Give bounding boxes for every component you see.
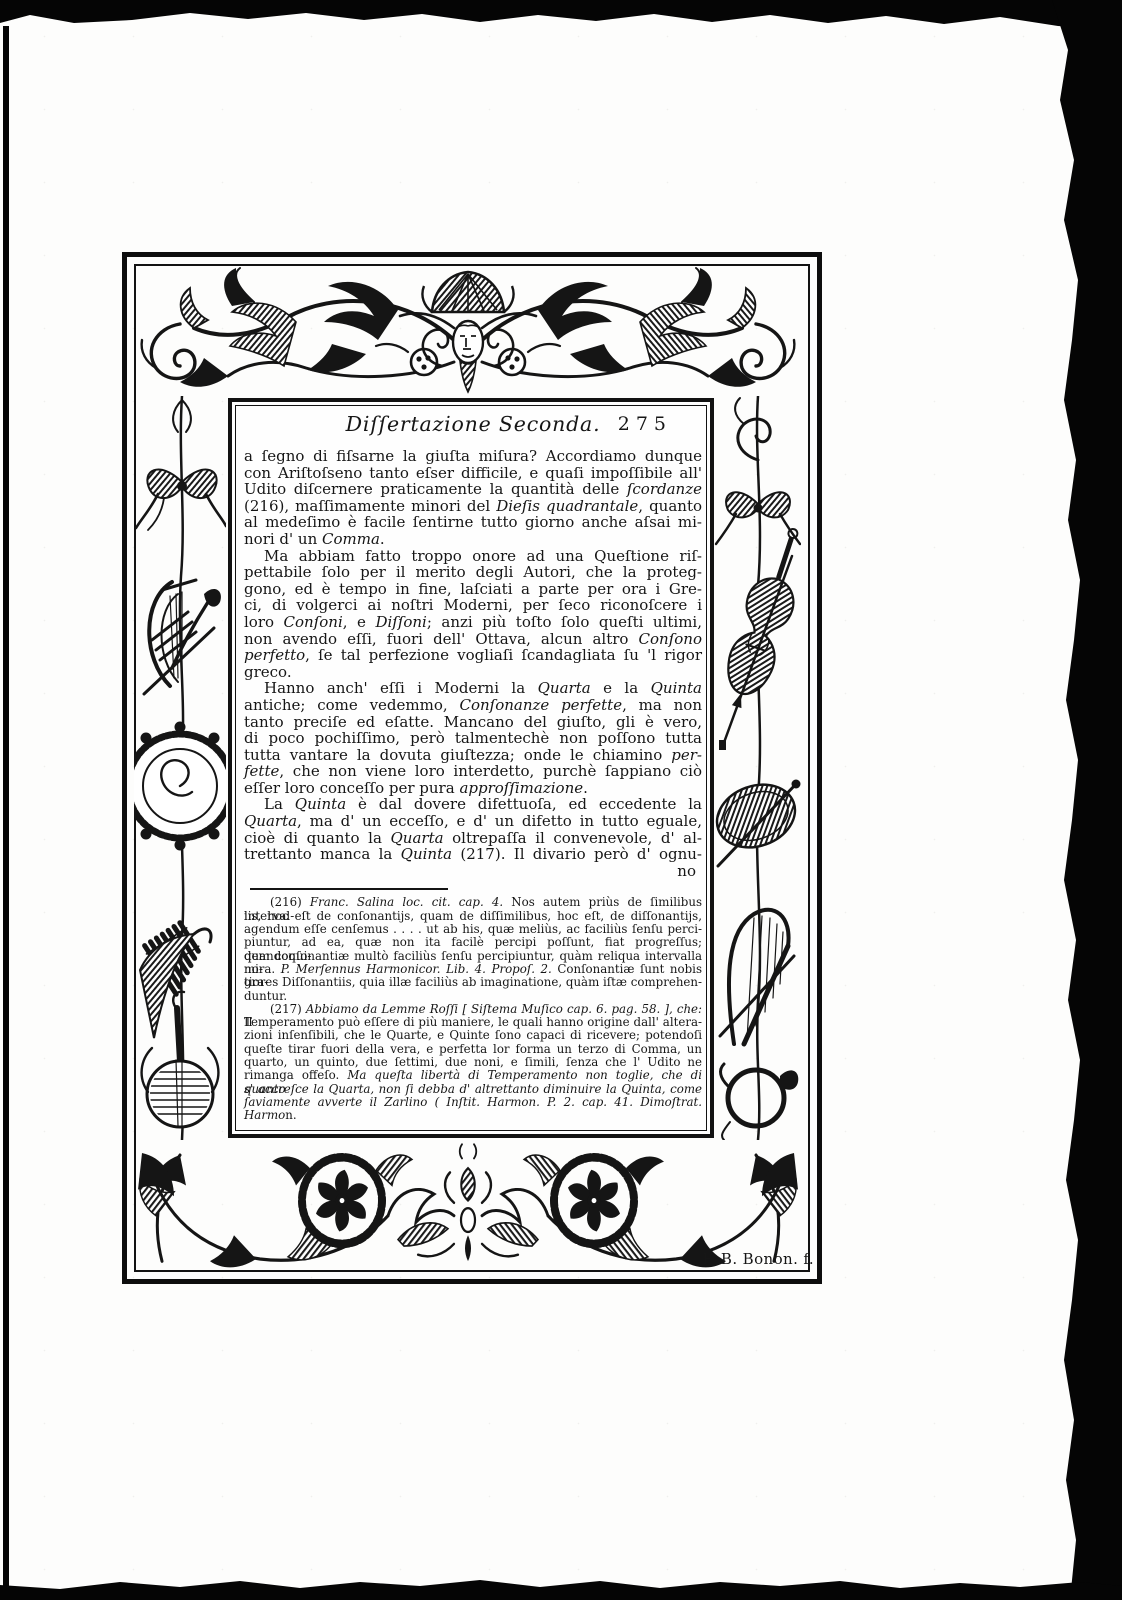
violin: [715, 522, 801, 714]
torn-edge-bottom: [0, 1576, 1122, 1600]
footnote-line: Temperamento può eſſere di più maniere, …: [244, 1016, 702, 1029]
footnote-separator: [250, 888, 448, 890]
footnote-line: ſaviamente avverte il Zarlino ( Inſtit. …: [244, 1096, 702, 1109]
footnote-line: (216) Franc. Salina loc. cit. cap. 4. No…: [244, 896, 702, 909]
lyre-and-horn: [144, 580, 221, 694]
catchword: no: [244, 863, 702, 880]
text-line: tutta vantare la dovuta giuſtezza; onde …: [244, 747, 702, 764]
text-line: pettabile ſolo per il merito degli Autor…: [244, 564, 702, 581]
footnote-line: zioni inſenſibili, che le Quarte, e Quin…: [244, 1029, 702, 1042]
text-line: tanto preciſe ed eſatte. Mancano del giu…: [244, 714, 702, 731]
page-header: Diſſertazione Seconda. 275: [244, 412, 702, 442]
scan-crease-left: [3, 26, 9, 1586]
ribbon-bow: [726, 492, 758, 517]
text-line: eſſer loro conceſſo per pura approſſimaz…: [244, 780, 702, 797]
text-line: non avendo eſſi, fuori dell' Ottava, alc…: [244, 631, 702, 648]
text-line: fette, che non viene loro interdetto, pu…: [244, 763, 702, 780]
text-line: Quarta, ma d' un ecceſſo, e d' un difett…: [244, 813, 702, 830]
tambourine: [134, 722, 226, 851]
footnote-line: tiores Diſſonantiis, quia illæ faciliùs …: [244, 976, 702, 989]
book-page-scan: Diſſertazione Seconda. 275 a ſegno di fi…: [0, 0, 1122, 1600]
text-line: Udito diſcernere praticamente la quantit…: [244, 481, 702, 498]
footnote-line: agendum eſſe cenſemus . . . . ut ab his,…: [244, 923, 702, 936]
text-line: Ma abbiam fatto troppo onore ad una Queſ…: [244, 548, 702, 565]
footnote-line: piuntur, ad ea, quæ non ita facilè perci…: [244, 936, 702, 949]
instrument-trophy-right: [714, 396, 801, 1140]
text-line: trettanto manca la Quinta (217). Il diva…: [244, 846, 702, 863]
text-line: greco.: [244, 664, 702, 681]
footnote-line: queſte tirar fuori della vera, e perfett…: [244, 1043, 702, 1056]
engraver-signature: F. B. Bonon. f.: [664, 1250, 814, 1268]
text-line: loro Conſoni, e Diſſoni; anzi più toſto …: [244, 614, 702, 631]
text-line: cioè di quanto la Quarta oltrepaſſa il c…: [244, 830, 702, 847]
text-line: al medeſimo è facile ſentirne tutto gior…: [244, 514, 702, 531]
footnote-line: quarto, un quinto, due ſettimi, due noni…: [244, 1056, 702, 1069]
text-line: nori d' un Comma.: [244, 531, 702, 548]
text-line: con Ariſtoſseno tanto eſser difficile, e…: [244, 465, 702, 482]
ribbon-bow: [147, 470, 182, 499]
instrument-trophy-left: [134, 396, 226, 1140]
text-line: gono, ed è tempo in fine, laſciati a par…: [244, 581, 702, 598]
text-line: perfetto, ſe tal perfezione vogliaſi ſca…: [244, 647, 702, 664]
text-panel: Diſſertazione Seconda. 275 a ſegno di fi…: [228, 398, 714, 1138]
text-line: a ſegno di fiſsarne la giuſta miſura? Ac…: [244, 448, 702, 465]
footnotes: (216) Franc. Salina loc. cit. cap. 4. No…: [244, 896, 702, 1109]
text-line: ci, di volgerci ai noſtri Moderni, per ſ…: [244, 597, 702, 614]
torn-edge-right: [1050, 0, 1122, 1600]
text-line: La Quinta è dal dovere difettuoſa, ed ec…: [244, 796, 702, 813]
center-palmette: [445, 1144, 491, 1261]
headpiece-mask-ornament: [136, 266, 800, 394]
text-line: Hanno anch' eſſi i Moderni la Quarta e l…: [244, 680, 702, 697]
volute-scroll: [738, 419, 770, 460]
torn-edge-top: [0, 0, 1122, 30]
page-content: Diſſertazione Seconda. 275 a ſegno di fi…: [244, 412, 702, 1128]
footnote-line: s' accreſce la Quarta, non ſi debba d' a…: [244, 1083, 702, 1096]
body-text: a ſegno di fiſsarne la giuſta miſura? Ac…: [244, 448, 702, 863]
footnote-line: duntur.: [244, 990, 702, 1003]
text-line: (216), maſſimamente minori del Dieſis qu…: [244, 498, 702, 515]
text-line: di poco pochiſſimo, però talmentechè non…: [244, 730, 702, 747]
footnote-line: lis, hoc eſt de conſonantijs, quam de di…: [244, 910, 702, 923]
footnote-line: nora. P. Merſennus Harmonicor. Lib. 4. P…: [244, 963, 702, 976]
footnote-line: (217) Abbiamo da Lemme Roſſi [ Siſtema M…: [244, 1003, 702, 1016]
footnote-line: dem conſonantiæ multò faciliùs ſenſu per…: [244, 950, 702, 963]
page-number: 275: [618, 413, 672, 435]
text-line: antiche; come vedemmo, Conſonanze perfet…: [244, 697, 702, 714]
footnote-line: rimanga offeſo. Ma queſta libertà di Tem…: [244, 1069, 702, 1082]
